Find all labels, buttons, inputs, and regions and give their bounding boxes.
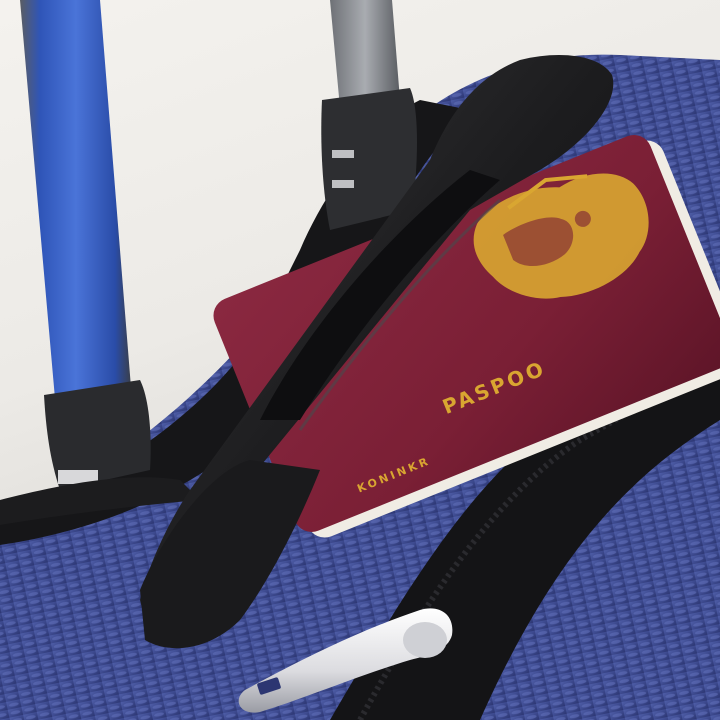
photo-scene: PASPOO KONINKR [0, 0, 720, 720]
telescoping-handle-right [321, 0, 417, 230]
suitcase-photo: PASPOO KONINKR [0, 0, 720, 720]
